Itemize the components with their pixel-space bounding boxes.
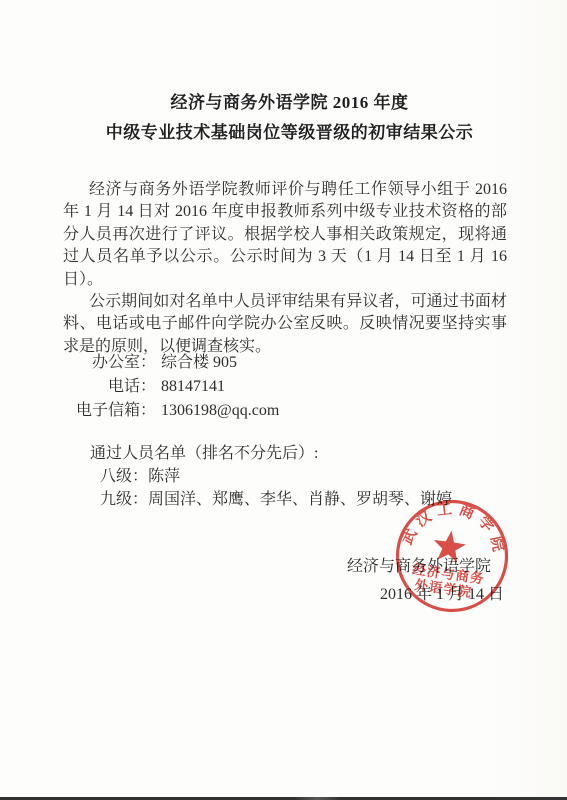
level8-label: 八级：: [100, 468, 148, 485]
document-body: 经济与商务外语学院教师评价与聘任工作领导小组于 2016 年 1 月 14 日对…: [63, 179, 507, 358]
phone-label: 电话：: [68, 375, 156, 399]
document-title: 经济与商务外语学院 2016 年度 中级专业技术基础岗位等级晋级的初审结果公示: [12, 88, 567, 148]
document-page: 经济与商务外语学院 2016 年度 中级专业技术基础岗位等级晋级的初审结果公示 …: [0, 0, 567, 800]
name-list-header: 通过人员名单（排名不分先后）:: [90, 442, 452, 465]
office-value: 综合楼 905: [161, 351, 237, 375]
office-label: 办公室：: [68, 351, 156, 375]
email-label: 电子信箱：: [68, 399, 156, 423]
contact-row-office: 办公室： 综合楼 905: [68, 351, 279, 375]
contact-info: 办公室： 综合楼 905 电话： 88147141 电子信箱： 1306198@…: [68, 351, 279, 423]
document-title-line2: 中级专业技术基础岗位等级晋级的初审结果公示: [12, 118, 567, 148]
phone-value: 88147141: [161, 375, 225, 399]
document-title-line1: 经济与商务外语学院 2016 年度: [12, 88, 567, 118]
paragraph-1: 经济与商务外语学院教师评价与聘任工作领导小组于 2016 年 1 月 14 日对…: [63, 179, 507, 291]
seal-star-icon: [431, 528, 467, 563]
name-list-row-level8: 八级：陈萍: [90, 465, 452, 488]
official-seal: 武汉工商学院 经济与商务 外语学院: [383, 487, 521, 625]
contact-row-phone: 电话： 88147141: [68, 375, 279, 399]
contact-row-email: 电子信箱： 1306198@qq.com: [68, 399, 279, 423]
email-value: 1306198@qq.com: [161, 399, 279, 423]
level9-label: 九级：: [100, 491, 148, 508]
paragraph-2: 公示期间如对名单中人员评审结果有异议者，可通过书面材料、电话或电子邮件向学院办公…: [63, 291, 507, 358]
level8-names: 陈萍: [148, 468, 180, 485]
